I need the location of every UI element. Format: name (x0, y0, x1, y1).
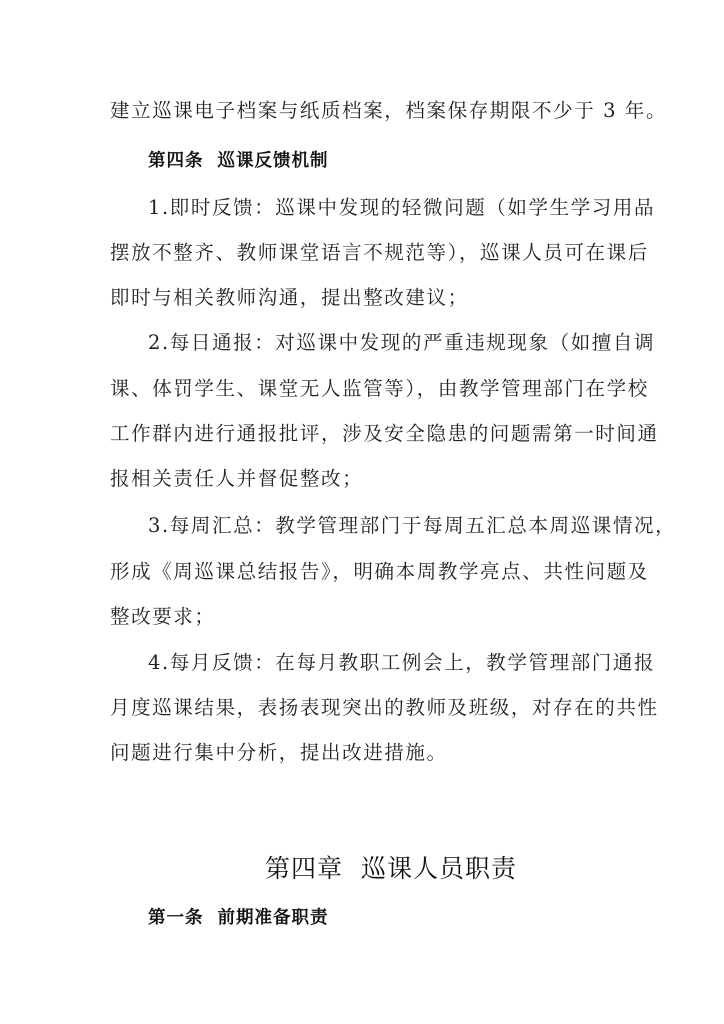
article-number: 第一条 (148, 908, 204, 928)
chapter-heading: 第四章巡课人员职责 (0, 851, 724, 887)
article-title: 巡课反馈机制 (218, 151, 329, 171)
feedback-item-1-line-3: 即时与相关教师沟通，提出整改建议； (110, 283, 618, 313)
feedback-item-1-line-2: 摆放不整齐、教师课堂语言不规范等），巡课人员可在课后 (110, 238, 618, 268)
feedback-item-2-line-1: 2.每日通报：对巡课中发现的严重违规现象（如擅自调 (148, 328, 618, 358)
article-heading-preparation-duties: 第一条前期准备职责 (148, 903, 329, 933)
feedback-item-2-line-4: 报相关责任人并督促整改； (110, 464, 618, 494)
feedback-item-4-line-2: 月度巡课结果，表扬表现突出的教师及班级，对存在的共性 (110, 693, 618, 723)
feedback-item-3-line-2: 形成《周巡课总结报告》，明确本周教学亮点、共性问题及 (110, 557, 618, 587)
chapter-title: 巡课人员职责 (361, 854, 517, 883)
paragraph-continuation: 建立巡课电子档案与纸质档案，档案保存期限不少于 3 年。 (110, 96, 618, 126)
document-page: 建立巡课电子档案与纸质档案，档案保存期限不少于 3 年。 第四条巡课反馈机制 1… (0, 0, 724, 1024)
feedback-item-3-line-3: 整改要求； (110, 602, 618, 632)
feedback-item-4-line-1: 4.每月反馈：在每月教职工例会上，教学管理部门通报 (148, 648, 618, 678)
article-number: 第四条 (148, 151, 204, 171)
article-title: 前期准备职责 (218, 908, 329, 928)
article-heading-feedback-mechanism: 第四条巡课反馈机制 (148, 146, 329, 176)
feedback-item-3-line-1: 3.每周汇总：教学管理部门于每周五汇总本周巡课情况， (148, 511, 618, 541)
feedback-item-1-line-1: 1.即时反馈：巡课中发现的轻微问题（如学生学习用品 (148, 193, 618, 223)
feedback-item-2-line-2: 课、体罚学生、课堂无人监管等），由教学管理部门在学校 (110, 374, 618, 404)
feedback-item-4-line-3: 问题进行集中分析，提出改进措施。 (110, 738, 618, 768)
chapter-number: 第四章 (265, 854, 343, 883)
feedback-item-2-line-3: 工作群内进行通报批评，涉及安全隐患的问题需第一时间通 (110, 419, 618, 449)
